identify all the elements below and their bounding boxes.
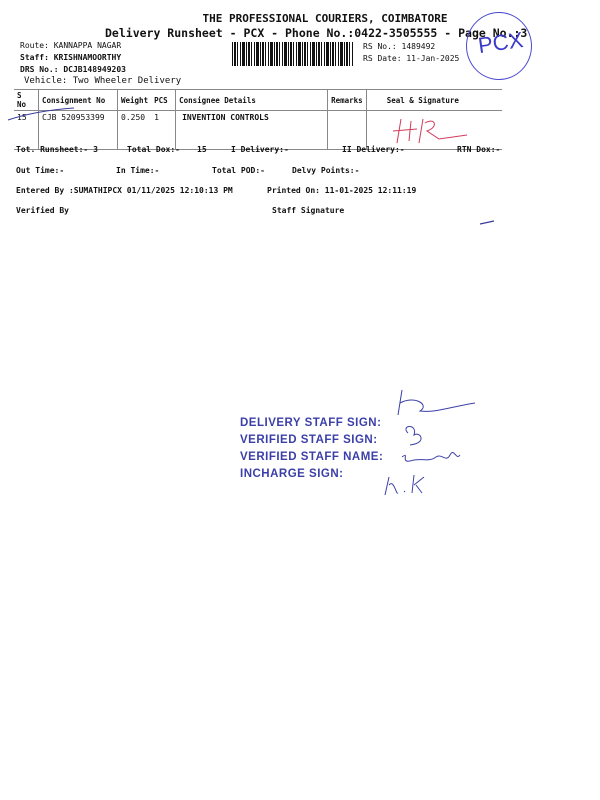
handwritten-signature-icon [387, 113, 487, 147]
total-dox-label: Total Dox:- [127, 145, 180, 154]
delvy-points: Delvy Points:- [292, 166, 359, 175]
cell-pcs: 1 [151, 111, 176, 150]
verified-by: Verified By [16, 206, 69, 215]
ink-mark-icon [478, 218, 498, 226]
staff-signature: Staff Signature [272, 206, 344, 215]
stamp-delivery-staff-sign: DELIVERY STAFF SIGN: [240, 415, 383, 432]
cell-consignee: INVENTION CONTROLS [176, 111, 328, 150]
route: Route: KANNAPPA NAGAR [20, 41, 121, 50]
handwritten-stamp-signatures-icon [380, 385, 490, 500]
cell-weight: 0.250 [118, 111, 152, 150]
in-time: In Time:- [116, 166, 159, 175]
drs-number: DRS No.: DCJB148949203 [20, 65, 126, 74]
col-weight: Weight [118, 90, 152, 111]
rs-number: RS No.: 1489492 [363, 42, 435, 51]
consignment-table: S No Consignment No Weight PCS Consignee… [14, 89, 502, 150]
col-remarks: Remarks [328, 90, 367, 111]
printed-on: Printed On: 11-01-2025 12:11:19 [267, 186, 416, 195]
ii-delivery: II Delivery:- [342, 145, 405, 154]
entered-by: Entered By :SUMATHIPCX 01/11/2025 12:10:… [16, 186, 233, 195]
stamp-verified-staff-sign: VERIFIED STAFF SIGN: [240, 432, 383, 449]
stamp-verified-staff-name: VERIFIED STAFF NAME: [240, 449, 383, 466]
barcode [232, 42, 354, 66]
runsheet-subtitle: Delivery Runsheet - PCX - Phone No.:0422… [105, 26, 527, 40]
total-pod: Total POD:- [212, 166, 265, 175]
col-consignee: Consignee Details [176, 90, 328, 111]
i-delivery: I Delivery:- [231, 145, 289, 154]
col-signature: Seal & Signature [366, 90, 502, 111]
cell-remarks [328, 111, 367, 150]
tot-runsheet: Tot. Runsheet:- 3 [16, 145, 98, 154]
pen-stroke-icon [6, 104, 76, 124]
total-dox-value: 15 [197, 145, 207, 154]
verification-stamp: DELIVERY STAFF SIGN: VERIFIED STAFF SIGN… [240, 415, 383, 483]
stamp-incharge-sign: INCHARGE SIGN: [240, 466, 383, 483]
col-pcs: PCS [151, 90, 176, 111]
table-row: 15 CJB 520953399 0.250 1 INVENTION CONTR… [14, 111, 502, 150]
rs-date: RS Date: 11-Jan-2025 [363, 54, 459, 63]
staff: Staff: KRISHNAMOORTHY [20, 53, 121, 62]
out-time: Out Time:- [16, 166, 64, 175]
cell-signature [366, 111, 502, 150]
rtn-dox: RTN Dox:- [457, 145, 500, 154]
vehicle: Vehicle: Two Wheeler Delivery [24, 76, 181, 86]
